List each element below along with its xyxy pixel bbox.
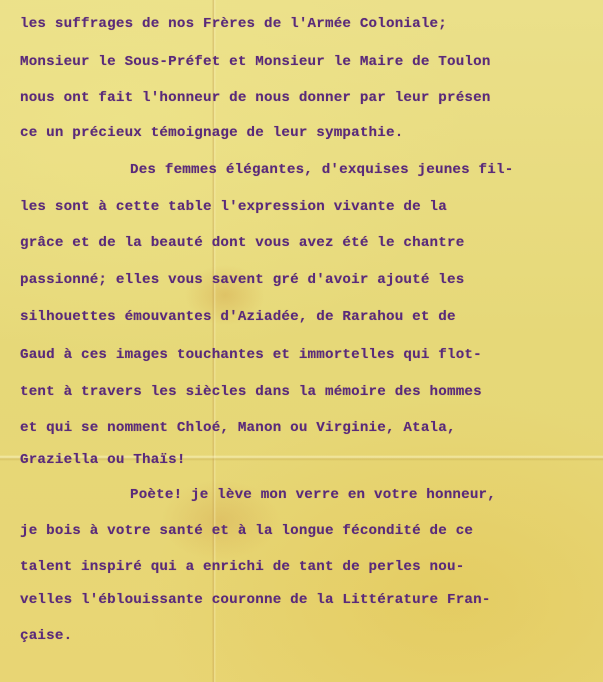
text-line: je bois à votre santé et à la longue féc… (20, 523, 473, 539)
text-line: Monsieur le Sous-Préfet et Monsieur le M… (20, 54, 491, 70)
text-line: grâce et de la beauté dont vous avez été… (20, 235, 464, 251)
text-line: et qui se nomment Chloé, Manon ou Virgin… (20, 420, 456, 436)
typewritten-letter: les suffrages de nos Frères de l'Armée C… (0, 0, 603, 682)
text-line: Gaud à ces images touchantes et immortel… (20, 347, 482, 363)
text-line: les suffrages de nos Frères de l'Armée C… (20, 16, 447, 32)
text-line: talent inspiré qui a enrichi de tant de … (20, 559, 464, 575)
text-line: nous ont fait l'honneur de nous donner p… (20, 90, 491, 106)
text-line: les sont à cette table l'expression viva… (20, 199, 447, 215)
text-line: çaise. (20, 628, 72, 644)
text-line: Graziella ou Thaïs! (20, 452, 186, 468)
text-line: tent à travers les siècles dans la mémoi… (20, 384, 482, 400)
text-line: silhouettes émouvantes d'Aziadée, de Rar… (20, 309, 456, 325)
text-line: ce un précieux témoignage de leur sympat… (20, 125, 403, 141)
text-line-indented: Poète! je lève mon verre en votre honneu… (130, 487, 496, 503)
text-line-indented: Des femmes élégantes, d'exquises jeunes … (130, 162, 513, 178)
text-line: passionné; elles vous savent gré d'avoir… (20, 272, 464, 288)
text-line: velles l'éblouissante couronne de la Lit… (20, 592, 491, 608)
